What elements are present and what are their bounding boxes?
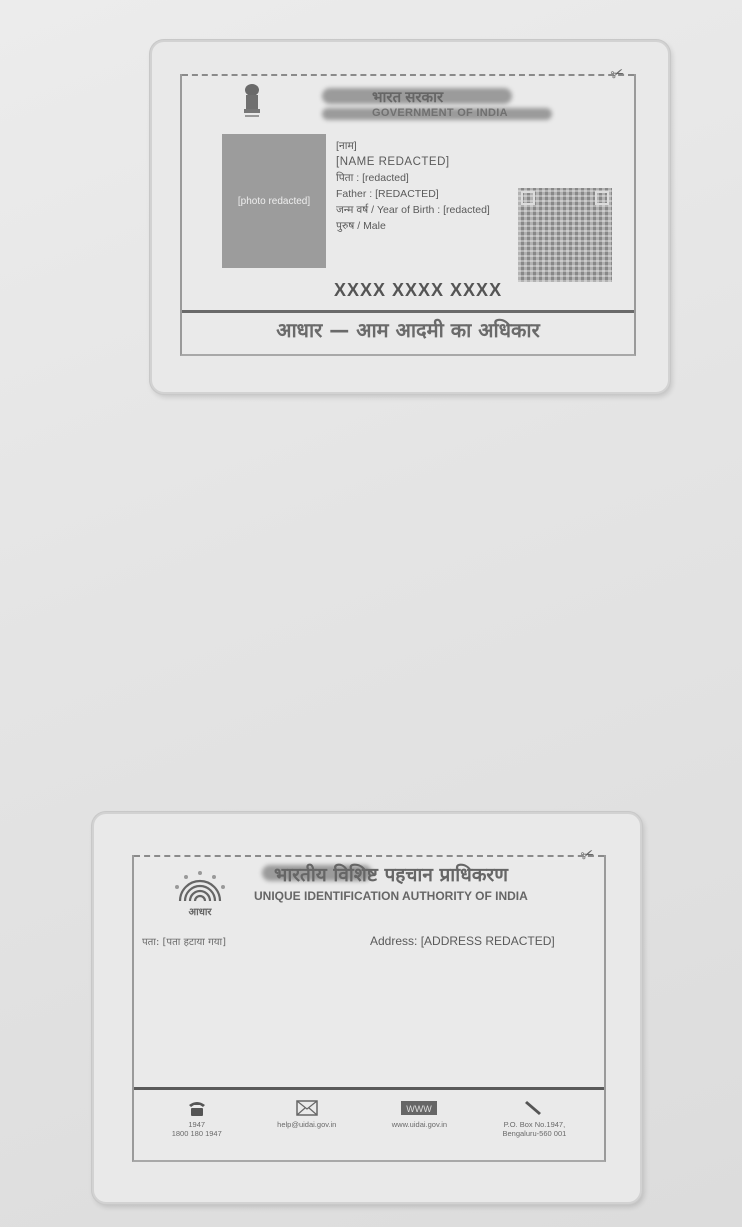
contact-postal: P.O. Box No.1947, Bengaluru-560 001: [502, 1099, 566, 1138]
contact-strip: 1947 1800 180 1947 help@uidai.gov.in WWW…: [144, 1099, 594, 1138]
aadhaar-card-back: ✂ आधार भारतीय विशिष्ट पहचान प्राधिकरण UN…: [132, 855, 606, 1162]
year-of-birth: जन्म वर्ष / Year of Birth : [redacted]: [336, 202, 490, 218]
header-hindi: भारतीय विशिष्ट पहचान प्राधिकरण: [274, 861, 508, 887]
name-english: [NAME REDACTED]: [336, 154, 490, 170]
aadhaar-card-front: ✂ भारत सरकार GOVERNMENT OF INDIA [photo …: [180, 74, 636, 356]
photo-placeholder: [photo redacted]: [222, 134, 326, 268]
address-english: Address: [ADDRESS REDACTED]: [370, 931, 590, 951]
address-hindi: पता: [पता हटाया गया]: [142, 933, 362, 953]
divider: [134, 1087, 604, 1090]
divider: [182, 310, 634, 313]
national-emblem-icon: [240, 82, 264, 120]
contact-website: WWW www.uidai.gov.in: [392, 1099, 447, 1129]
telephone-icon: [187, 1099, 207, 1117]
phone-tollfree: 1800 180 1947: [172, 1129, 222, 1138]
logo-text: आधार: [188, 907, 212, 917]
po-city: Bengaluru-560 001: [502, 1129, 566, 1138]
contact-email: help@uidai.gov.in: [277, 1099, 336, 1129]
phone-short: 1947: [172, 1120, 222, 1129]
header-english: GOVERNMENT OF INDIA: [372, 107, 508, 119]
header-hindi: भारत सरकार: [372, 87, 443, 107]
aadhaar-number: XXXX XXXX XXXX: [334, 280, 502, 301]
po-box: P.O. Box No.1947,: [502, 1120, 566, 1129]
cut-line: [134, 855, 604, 857]
www-icon: WWW: [401, 1099, 437, 1117]
tagline: आधार — आम आदमी का अधिकार: [182, 316, 634, 343]
holder-photo: [photo redacted]: [222, 134, 326, 268]
cut-line: [182, 74, 634, 76]
envelope-icon: [296, 1099, 318, 1117]
header-english: UNIQUE IDENTIFICATION AUTHORITY OF INDIA: [254, 889, 528, 903]
holder-details: [नाम] [NAME REDACTED] पिता : [redacted] …: [336, 138, 490, 234]
svg-text:WWW: WWW: [407, 1104, 433, 1114]
gender: पुरुष / Male: [336, 218, 490, 234]
name-hindi: [नाम]: [336, 138, 490, 154]
pen-icon: [524, 1099, 544, 1117]
email: help@uidai.gov.in: [277, 1120, 336, 1129]
father-hindi: पिता : [redacted]: [336, 170, 490, 186]
father-english: Father : [REDACTED]: [336, 186, 490, 202]
website: www.uidai.gov.in: [392, 1120, 447, 1129]
qr-code: [518, 188, 612, 282]
contact-phone: 1947 1800 180 1947: [172, 1099, 222, 1138]
aadhaar-fingerprint-logo-icon: आधार: [170, 867, 230, 917]
